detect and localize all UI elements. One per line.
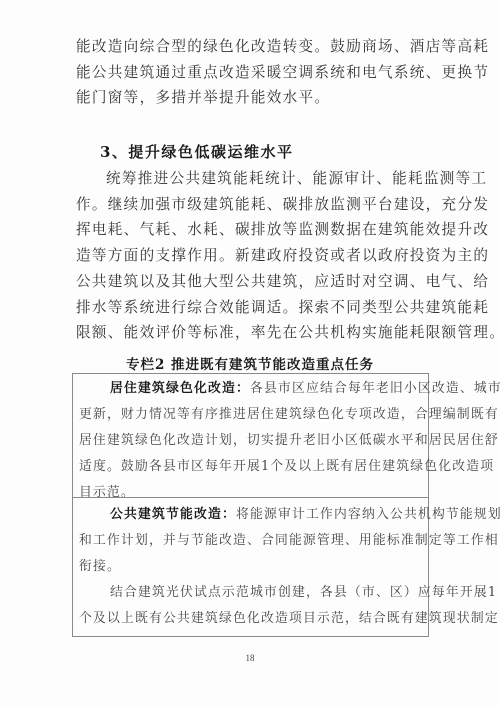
text-line: 适度。鼓励各县市区每年开展1个及以上既有居住建筑绿色化改造项 [79, 454, 422, 480]
box-divider [73, 497, 428, 498]
text-line: 个及以上既有公共建筑绿色化改造项目示范，结合既有建筑现状制定 [79, 606, 422, 632]
document-page: 能改造向综合型的绿色化改造转变。鼓励商场、酒店等高耗 能公共建筑通过重点改造采暖… [0, 0, 500, 707]
residential-section: 居住建筑绿色化改造：各县市区应结合每年老旧小区改造、城市 更新，财力情况等有序推… [73, 376, 428, 506]
residential-lead: 居住建筑绿色化改造： [110, 381, 250, 396]
text-line: 统筹推进公共建筑能耗统计、能源审计、能耗监测等工 [76, 166, 426, 192]
text-line: 挥电耗、气耗、水耗、碳排放等监测数据在建筑能效提升改 [76, 217, 426, 243]
page-number: 18 [0, 653, 500, 663]
text-line: 居住建筑绿色化改造：各县市区应结合每年老旧小区改造、城市 [79, 376, 422, 402]
text-line: 公共建筑节能改造：将能源审计工作内容纳入公共机构节能规划 [79, 502, 422, 528]
section-heading: 3、提升绿色低碳运维水平 [100, 141, 293, 162]
text-line: 公共建筑以及其他大型公共建筑，应适时对空调、电气、给 [76, 269, 426, 295]
residential-first-line: 各县市区应结合每年老旧小区改造、城市 [250, 381, 500, 396]
text-line: 排水等系统进行综合效能调适。探索不同类型公共建筑能耗 [76, 295, 426, 321]
text-line: 和工作计划，并与节能改造、合同能源管理、用能标准制定等工作相 [79, 528, 422, 554]
text-line: 能改造向综合型的绿色化改造转变。鼓励商场、酒店等高耗 [76, 34, 426, 60]
public-first-line: 将能源审计工作内容纳入公共机构节能规划 [236, 507, 500, 522]
text-line: 造等方面的支撑作用。新建政府投资或者以政府投资为主的 [76, 243, 426, 269]
text-line: 能公共建筑通过重点改造采暖空调系统和电气系统、更换节 [76, 60, 426, 86]
text-line: 作。继续加强市级建筑能耗、碳排放监测平台建设，充分发 [76, 192, 426, 218]
text-line: 居住建筑绿色化改造计划，切实提升老旧小区低碳水平和居民居住舒 [79, 428, 422, 454]
text-line: 结合建筑光伏试点示范城市创建，各县（市、区）应每年开展1 [79, 580, 422, 606]
text-line: 衔接。 [79, 554, 422, 580]
task-box: 居住建筑绿色化改造：各县市区应结合每年老旧小区改造、城市 更新，财力情况等有序推… [72, 373, 429, 637]
box-title: 专栏2 推进既有建筑节能改造重点任务 [0, 353, 500, 373]
text-line: 限额、能效评价等标准，率先在公共机构实施能耗限额管理。 [76, 320, 426, 346]
public-lead: 公共建筑节能改造： [110, 507, 236, 522]
public-section: 公共建筑节能改造：将能源审计工作内容纳入公共机构节能规划 和工作计划，并与节能改… [73, 502, 428, 632]
intro-paragraph: 能改造向综合型的绿色化改造转变。鼓励商场、酒店等高耗 能公共建筑通过重点改造采暖… [76, 34, 426, 111]
section-paragraph: 统筹推进公共建筑能耗统计、能源审计、能耗监测等工 作。继续加强市级建筑能耗、碳排… [76, 166, 426, 346]
text-line: 能门窗等，多措并举提升能效水平。 [76, 85, 426, 111]
text-line: 更新，财力情况等有序推进居住建筑绿色化专项改造，合理编制既有 [79, 402, 422, 428]
